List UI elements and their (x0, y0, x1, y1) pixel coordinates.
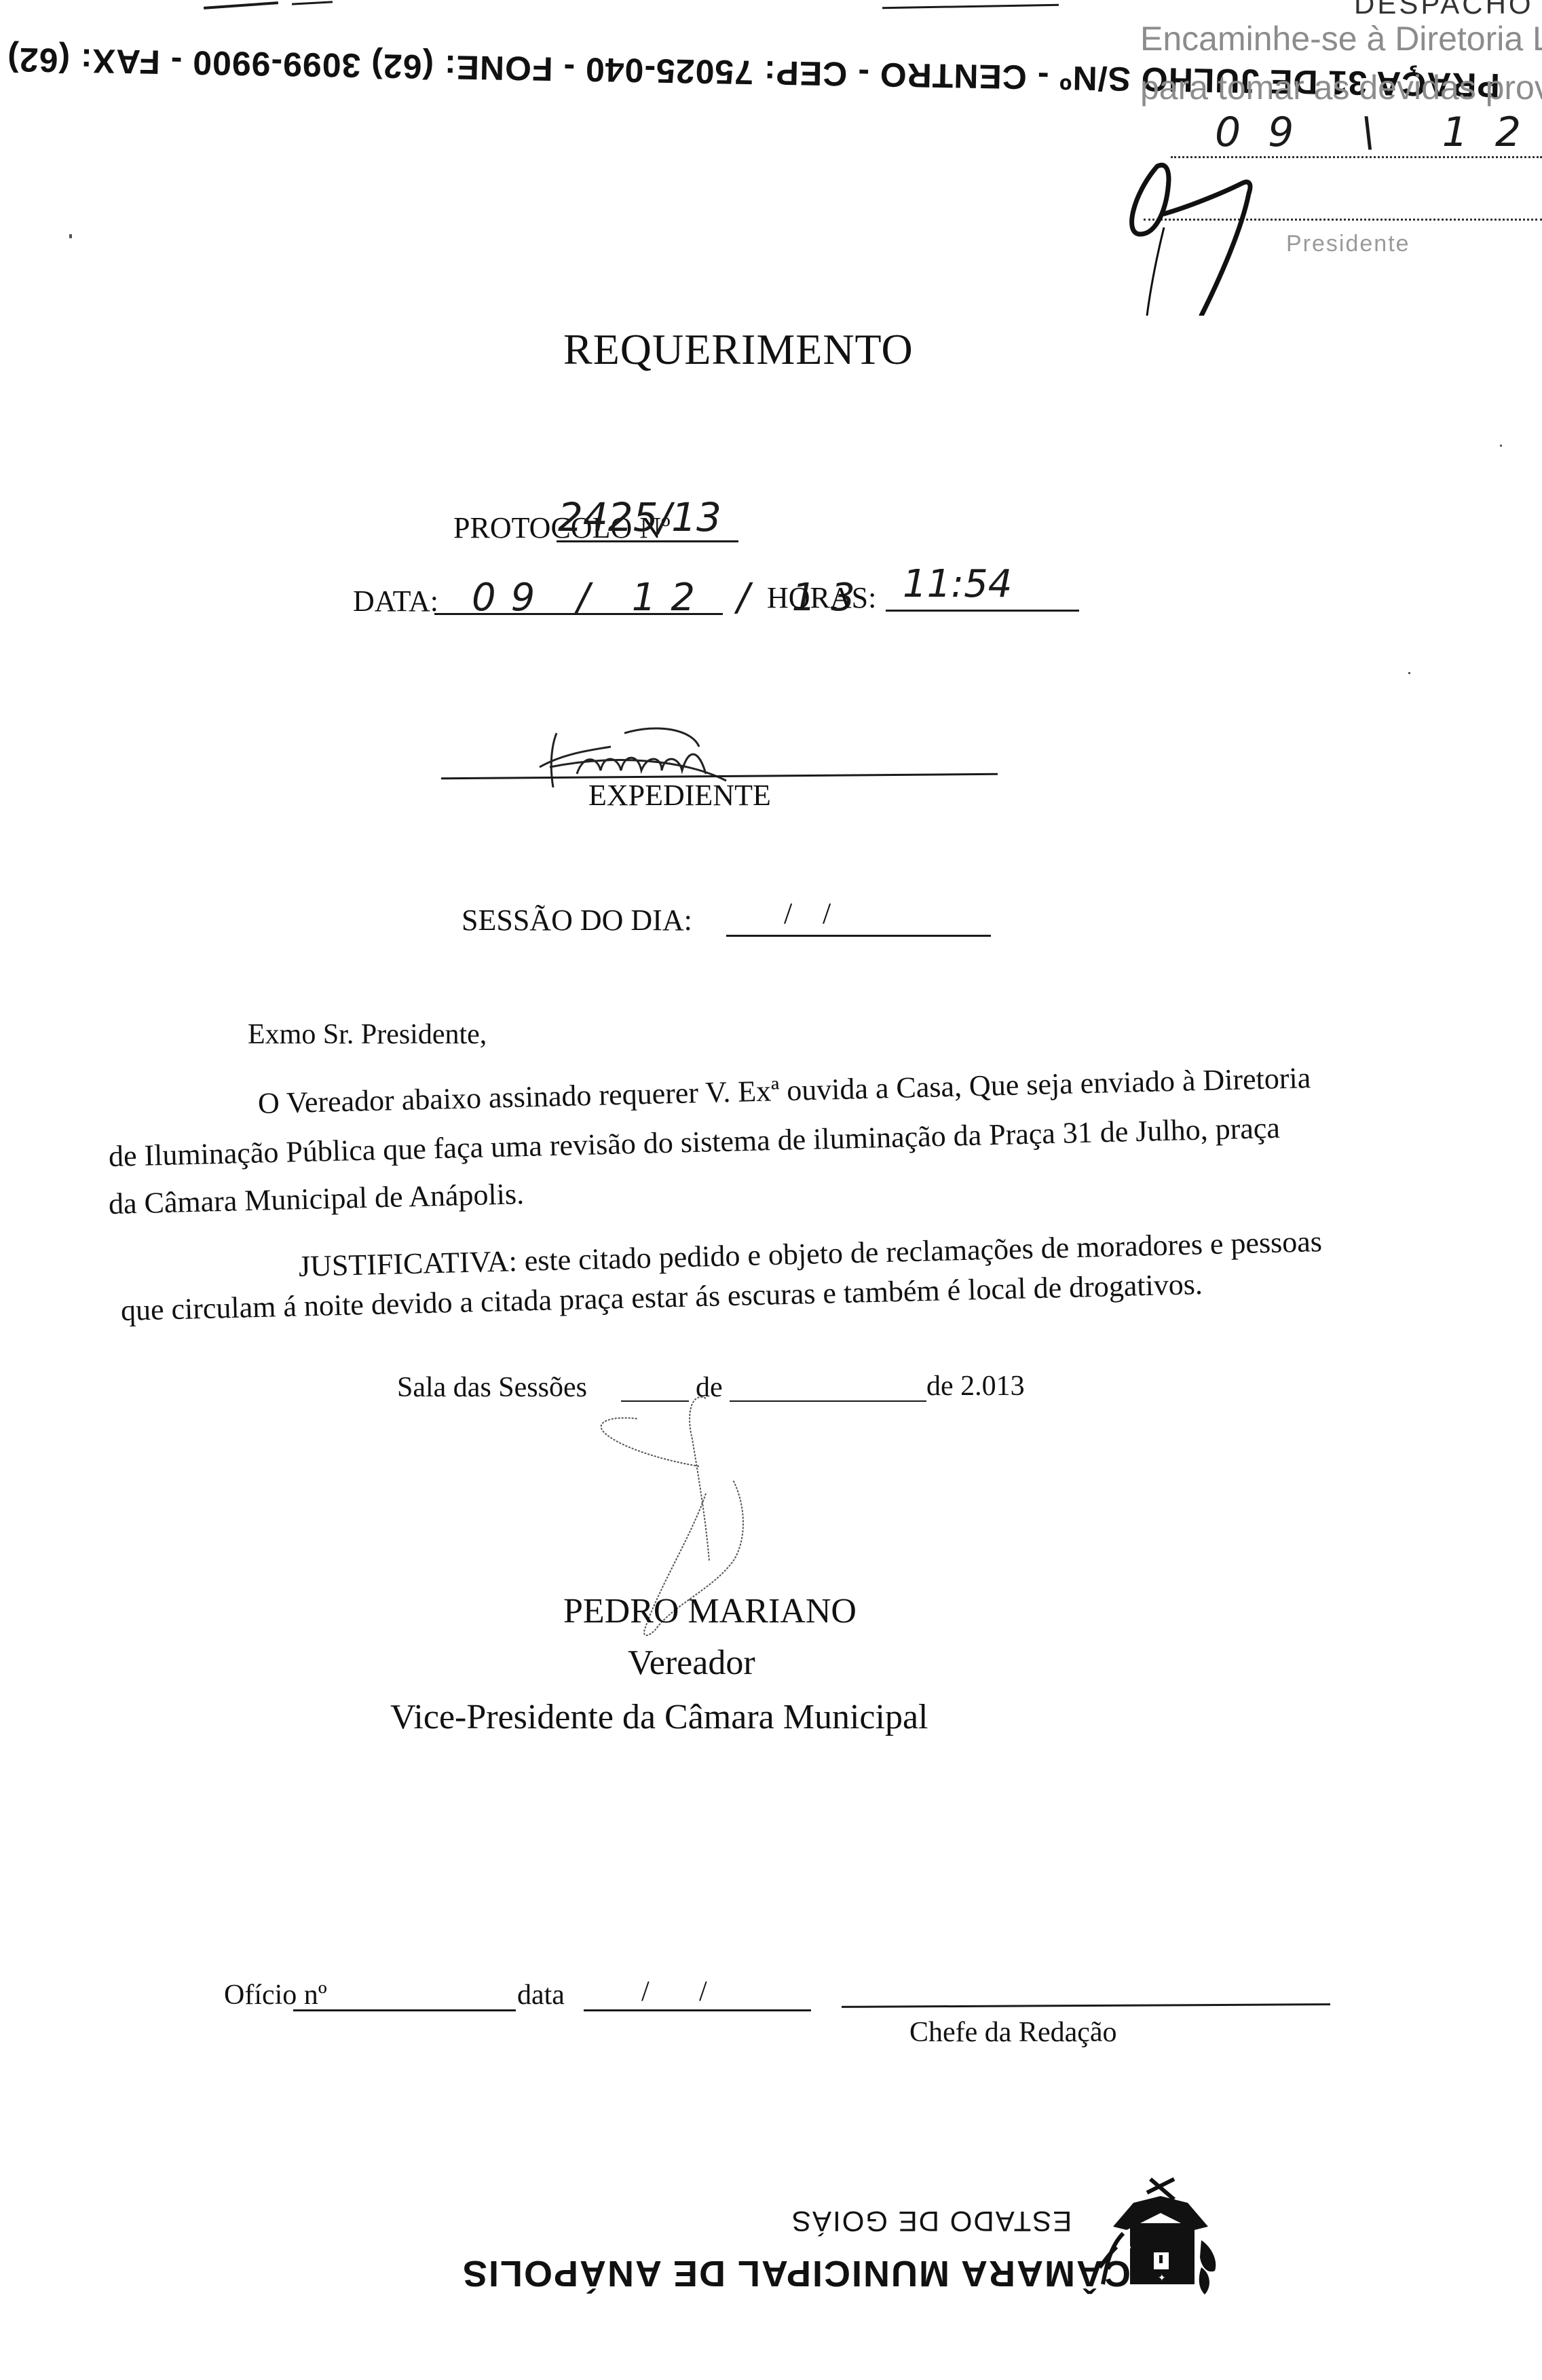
justificativa-line: que circulam á noite devido a citada pra… (120, 1267, 1203, 1328)
chefe-label: Chefe da Redação (909, 2016, 1117, 2049)
document-title: REQUERIMENTO (563, 324, 914, 375)
paragraph1-line: O Vereador abaixo assinado requerer V. E… (257, 1060, 1311, 1121)
horas-underline (886, 610, 1079, 612)
despacho-stamp-line2: para tomar as devidas provi (1140, 68, 1542, 107)
oficio-data-label: data (517, 1979, 565, 2011)
greeting: Exmo Sr. Presidente, (248, 1018, 487, 1051)
data-underline (434, 613, 723, 615)
data-label: DATA: (353, 584, 438, 618)
footer-state: ESTADO DE GOIÁS (791, 2205, 1072, 2237)
signer-title: Vice-Presidente da Câmara Municipal (390, 1697, 928, 1737)
top-edge-mark (882, 4, 1059, 10)
expediente-label: EXPEDIENTE (588, 778, 771, 813)
top-edge-mark (292, 1, 333, 5)
signer-role: Vereador (628, 1643, 755, 1683)
scan-speck (1500, 445, 1502, 447)
oficio-slash: / (699, 1975, 707, 2008)
horas-label: HORAS: (767, 580, 876, 615)
footer-institution: CÂMARA MUNICIPAL DE ANÁPOLIS (462, 2252, 1131, 2294)
despacho-stamp-title: DESPACHO (1354, 0, 1534, 20)
sala-label: Sala das Sessões (397, 1371, 587, 1404)
oficio-slash: / (641, 1975, 650, 2008)
protocolo-value[interactable]: 2425/13 (558, 494, 721, 540)
sessao-slash: / (784, 896, 792, 931)
oficio-label: Ofício nº (224, 1979, 327, 2011)
paragraph1-line: da Câmara Municipal de Anápolis. (108, 1176, 524, 1221)
oficio-date-field[interactable] (584, 2009, 811, 2011)
signer-name: PEDRO MARIANO (563, 1591, 857, 1631)
top-edge-mark (204, 1, 278, 10)
oficio-number-field[interactable] (293, 2009, 516, 2011)
chefe-signature-line (842, 2003, 1330, 2008)
sessao-date-field[interactable] (726, 935, 991, 937)
scan-speck (69, 234, 72, 238)
protocolo-underline (557, 540, 738, 542)
sessao-slash: / (823, 896, 831, 931)
sessao-label: SESSÃO DO DIA: (462, 903, 692, 937)
despacho-stamp-line1: Encaminhe-se à Diretoria L (1140, 19, 1542, 58)
svg-text:✦: ✦ (1158, 2273, 1166, 2284)
sala-year: de 2.013 (926, 1370, 1025, 1402)
president-signature-icon (1127, 153, 1317, 316)
despacho-stamp-date: 09 \ 12 / 13 (1215, 109, 1542, 156)
horas-value[interactable]: 11:54 (903, 562, 1012, 606)
coat-of-arms-icon: ✦ (1093, 2172, 1228, 2308)
scan-speck (1408, 672, 1410, 674)
